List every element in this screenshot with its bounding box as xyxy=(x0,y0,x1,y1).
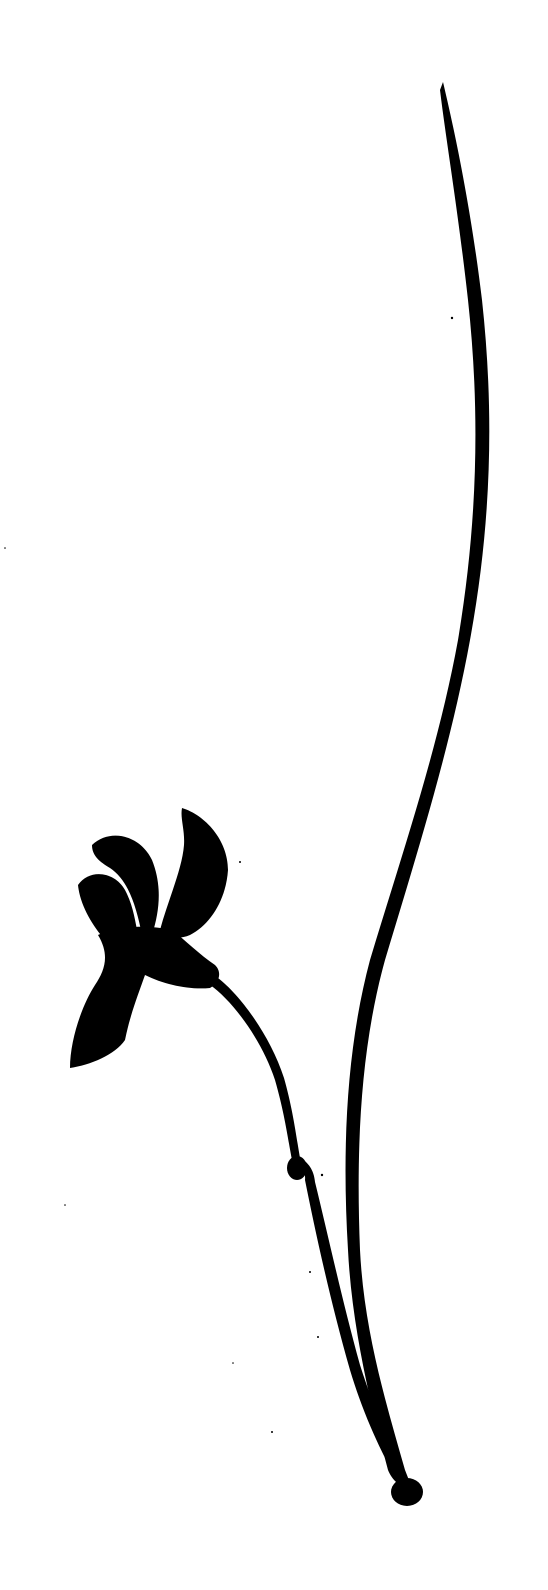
stem-base-blob xyxy=(391,1478,423,1506)
ink-painting xyxy=(0,0,548,1590)
flower-head xyxy=(70,808,228,1068)
stem-node xyxy=(287,1156,307,1180)
petal-right xyxy=(160,808,228,938)
leaf-blade xyxy=(346,82,490,1488)
brush-strokes xyxy=(4,82,489,1506)
ink-painting-canvas: Ink brush painting of a single flower wi… xyxy=(0,0,548,1590)
flower-calyx xyxy=(70,927,219,1068)
ink-specks xyxy=(4,317,453,1433)
